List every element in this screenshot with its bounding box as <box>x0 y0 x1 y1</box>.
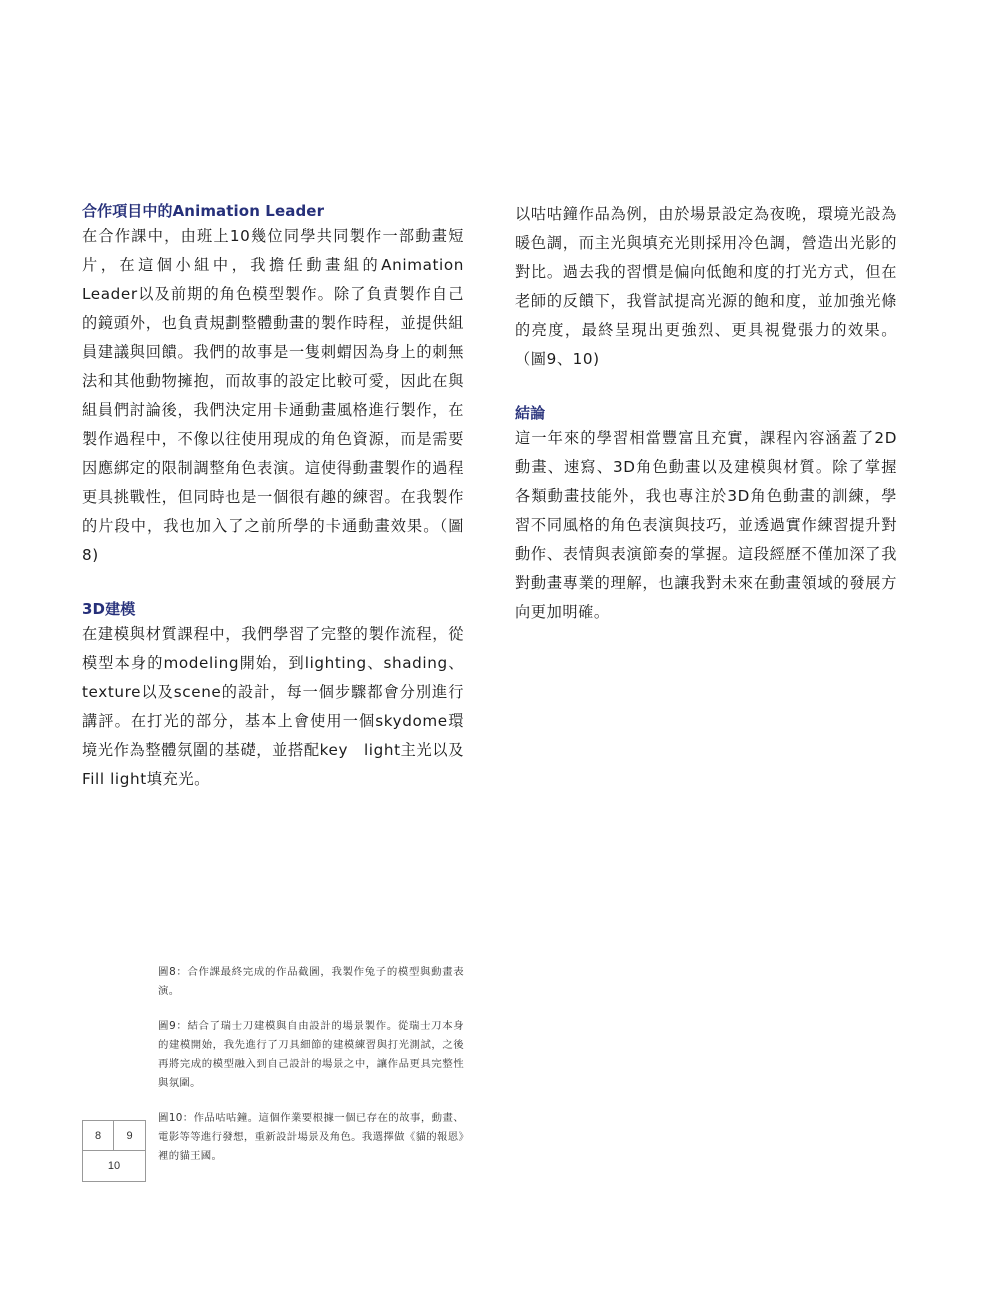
section-paragraph: 這一年來的學習相當豐富且充實，課程內容涵蓋了2D動畫、速寫、3D角色動畫以及建模… <box>515 424 897 627</box>
section-heading: 3D建模 <box>82 598 464 620</box>
caption-figure-8: 圖8：合作課最終完成的作品截圖，我製作兔子的模型與動畫表演。 <box>158 963 464 1001</box>
section-lighting-example: 以咕咕鐘作品為例，由於場景設定為夜晚，環境光設為暖色調，而主光與填充光則採用冷色… <box>515 200 897 374</box>
right-column: 以咕咕鐘作品為例，由於場景設定為夜晚，環境光設為暖色調，而主光與填充光則採用冷色… <box>515 200 897 655</box>
figure-layout-key: 8 9 10 <box>82 1120 146 1182</box>
caption-figure-9: 圖9：結合了瑞士刀建模與自由設計的場景製作。從瑞士刀本身的建模開始，我先進行了刀… <box>158 1017 464 1093</box>
section-heading: 結論 <box>515 402 897 424</box>
section-animation-leader: 合作項目中的Animation Leader 在合作課中，由班上10幾位同學共同… <box>82 200 464 570</box>
figure-key-cell-9: 9 <box>114 1121 145 1151</box>
figure-captions: 圖8：合作課最終完成的作品截圖，我製作兔子的模型與動畫表演。 圖9：結合了瑞士刀… <box>158 963 464 1182</box>
section-paragraph: 以咕咕鐘作品為例，由於場景設定為夜晚，環境光設為暖色調，而主光與填充光則採用冷色… <box>515 200 897 374</box>
caption-figure-10: 圖10：作品咕咕鐘。這個作業要根據一個已存在的故事，動畫、電影等等進行發想，重新… <box>158 1109 464 1166</box>
section-paragraph: 在建模與材質課程中，我們學習了完整的製作流程，從模型本身的modeling開始，… <box>82 620 464 794</box>
section-paragraph: 在合作課中，由班上10幾位同學共同製作一部動畫短片，在這個小組中，我擔任動畫組的… <box>82 222 464 570</box>
section-heading: 合作項目中的Animation Leader <box>82 200 464 222</box>
figure-key-cell-10: 10 <box>83 1151 145 1181</box>
section-conclusion: 結論 這一年來的學習相當豐富且充實，課程內容涵蓋了2D動畫、速寫、3D角色動畫以… <box>515 402 897 627</box>
left-column: 合作項目中的Animation Leader 在合作課中，由班上10幾位同學共同… <box>82 200 464 822</box>
figure-key-cell-8: 8 <box>83 1121 114 1151</box>
section-3d-modeling: 3D建模 在建模與材質課程中，我們學習了完整的製作流程，從模型本身的modeli… <box>82 598 464 794</box>
